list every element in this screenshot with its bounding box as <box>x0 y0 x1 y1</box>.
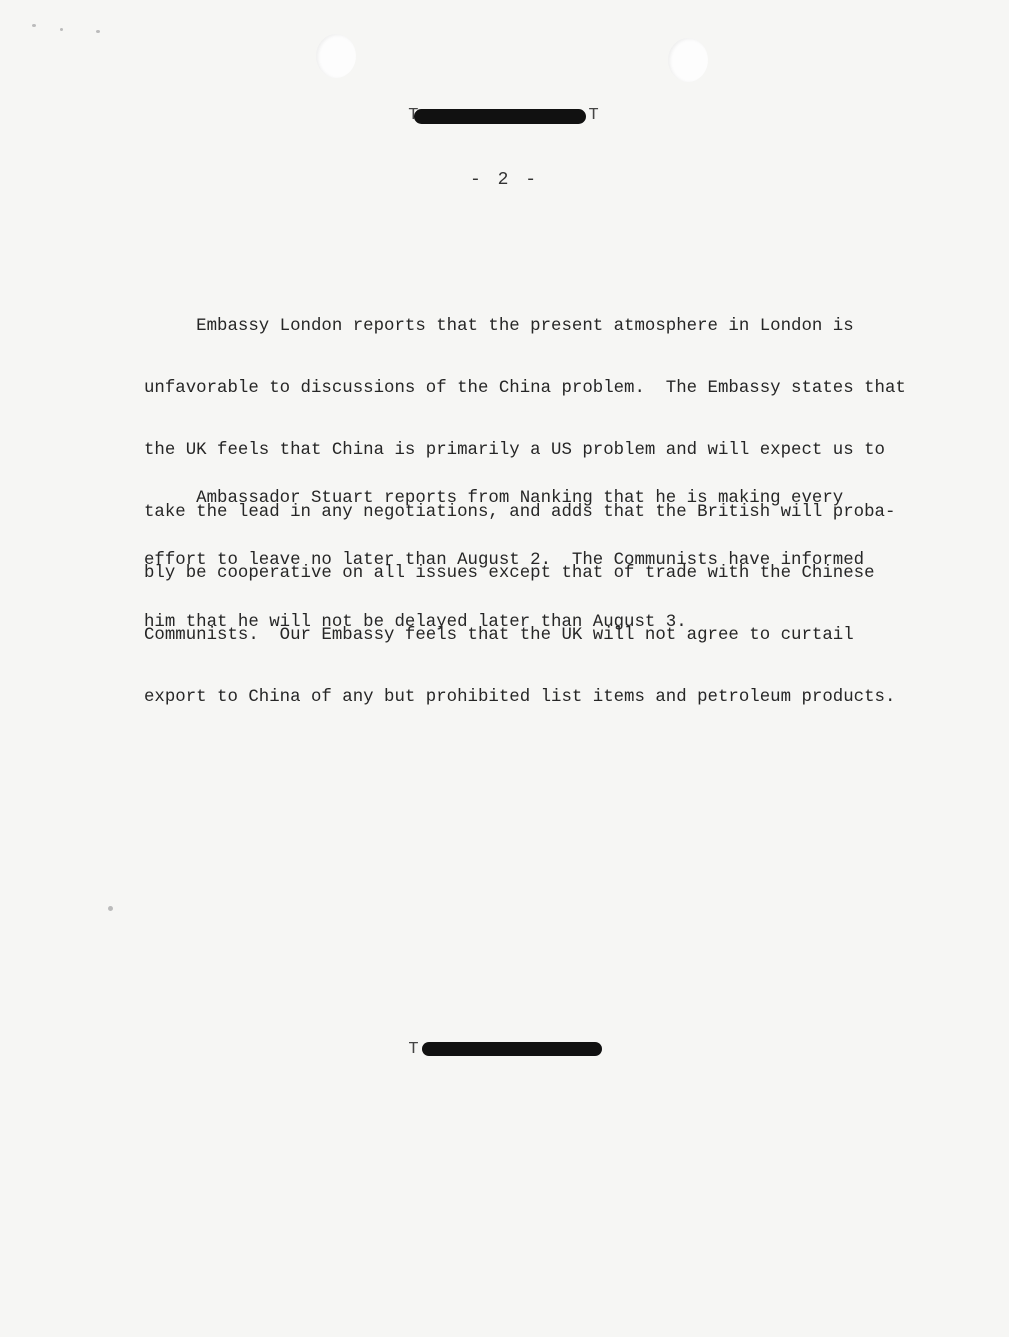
text-line: effort to leave no later than August 2. … <box>144 551 944 572</box>
document-page: TT - 2 - Embassy London reports that the… <box>0 0 1009 1337</box>
redaction-bar <box>414 109 586 124</box>
redaction-bar <box>422 1042 602 1056</box>
text-line: Embassy London reports that the present … <box>144 317 944 338</box>
text-line: him that he will not be delayed later th… <box>144 613 944 634</box>
paper-speck <box>32 24 36 27</box>
paper-speck <box>108 906 113 911</box>
header-classification: TT <box>0 106 1009 125</box>
punch-hole-left <box>316 34 356 78</box>
classification-marking: TT <box>408 106 600 125</box>
classification-last-letter: T <box>589 106 601 125</box>
footer-classification: T <box>0 1040 1009 1059</box>
text-line: unfavorable to discussions of the China … <box>144 379 944 400</box>
page-number: - 2 - <box>0 170 1009 190</box>
punch-hole-right <box>668 38 708 82</box>
classification-first-letter: T <box>408 1040 420 1059</box>
text-line: export to China of any but prohibited li… <box>144 688 944 709</box>
paper-speck <box>60 28 63 31</box>
text-line: Ambassador Stuart reports from Nanking t… <box>144 489 944 510</box>
classification-marking: T <box>408 1040 600 1059</box>
paragraph-ambassador-stuart: Ambassador Stuart reports from Nanking t… <box>144 448 944 675</box>
paper-speck <box>96 30 100 33</box>
